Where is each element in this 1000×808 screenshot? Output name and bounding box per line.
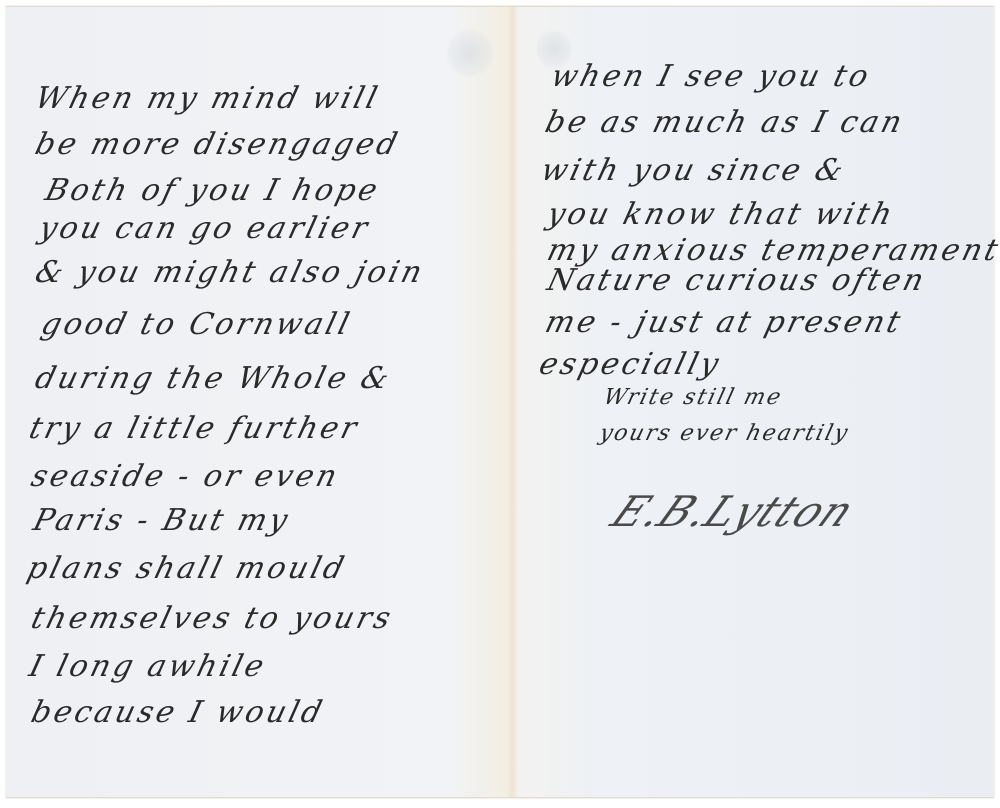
handwritten-line: especially <box>536 347 725 382</box>
handwritten-line: Both of you I hope <box>42 173 384 208</box>
handwritten-line: & you might also join <box>32 255 429 290</box>
handwritten-line: Nature curious often <box>544 263 931 298</box>
handwritten-line: Paris - But my <box>30 503 294 538</box>
handwritten-line: seaside - or even <box>28 459 344 494</box>
handwritten-line: you can go earlier <box>36 211 374 246</box>
handwritten-line: themselves to yours <box>28 601 397 636</box>
handwritten-line: try a little further <box>26 411 363 446</box>
closing-line: Write still me <box>601 385 785 410</box>
left-page: When my mind will be more disengaged Bot… <box>6 7 504 797</box>
handwritten-line: during the Whole & <box>32 361 396 396</box>
handwritten-line: When my mind will <box>32 81 384 116</box>
handwritten-line: with you since & <box>538 153 850 188</box>
letter-spread: When my mind will be more disengaged Bot… <box>6 6 994 798</box>
handwritten-line: when I see you to <box>548 59 875 94</box>
closing-line: yours ever heartily <box>597 421 852 446</box>
handwritten-line: be as much as I can <box>542 105 909 140</box>
handwritten-line: good to Cornwall <box>38 307 356 342</box>
signature: E.B.Lytton <box>603 487 864 536</box>
handwritten-line: because I would <box>28 695 329 730</box>
handwritten-line: plans shall mould <box>24 551 351 586</box>
handwritten-line: me - just at present <box>542 305 907 340</box>
handwritten-line: you know that with <box>544 197 899 232</box>
right-page: when I see you to be as much as I can wi… <box>516 7 994 797</box>
handwritten-line: be more disengaged <box>32 127 404 162</box>
handwritten-line: I long awhile <box>26 649 271 684</box>
